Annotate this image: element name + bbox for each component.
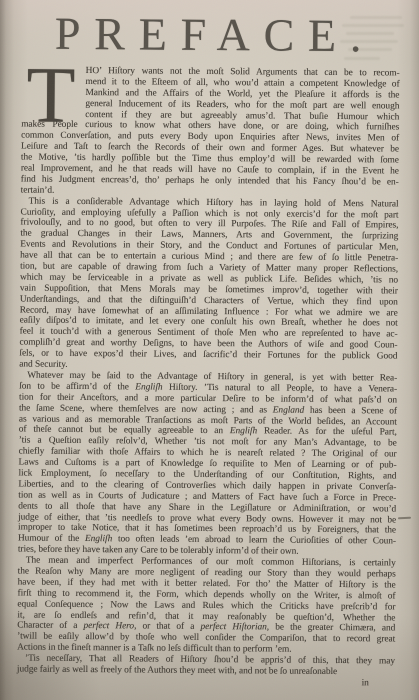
paragraph: Whatever may be ſaid to the Advantage of… bbox=[18, 370, 397, 558]
catchword: in bbox=[362, 678, 369, 688]
paragraph: T HO’ Hiſtory wants not the moſt Solid A… bbox=[21, 66, 400, 200]
paragraph-lines: Whatever may be ſaid to the Advantage of… bbox=[18, 370, 397, 558]
page-text-block: PREFACE. T HO’ Hiſtory wants not the moſ… bbox=[17, 5, 400, 691]
margin-pen-mark bbox=[398, 517, 411, 520]
paragraph-lines: ’Tis neceſſary, That all Readers of Hiſt… bbox=[17, 654, 395, 679]
paragraph: This is a conſiderable Advantage which H… bbox=[19, 196, 398, 373]
paragraph: ’Tis neceſſary, That all Readers of Hiſt… bbox=[17, 654, 395, 679]
paragraph-lines: HO’ Hiſtory wants not the moſt Solid Arg… bbox=[21, 66, 400, 200]
paragraph: The mean and imperfect Performances of o… bbox=[17, 556, 396, 657]
paragraph-lines: The mean and imperfect Performances of o… bbox=[17, 556, 396, 657]
drop-cap: T bbox=[26, 69, 75, 123]
page-title: PREFACE. bbox=[22, 5, 400, 62]
book-page-photo: PREFACE. T HO’ Hiſtory wants not the moſ… bbox=[0, 0, 419, 700]
paragraph-lines: This is a conſiderable Advantage which H… bbox=[19, 196, 398, 373]
